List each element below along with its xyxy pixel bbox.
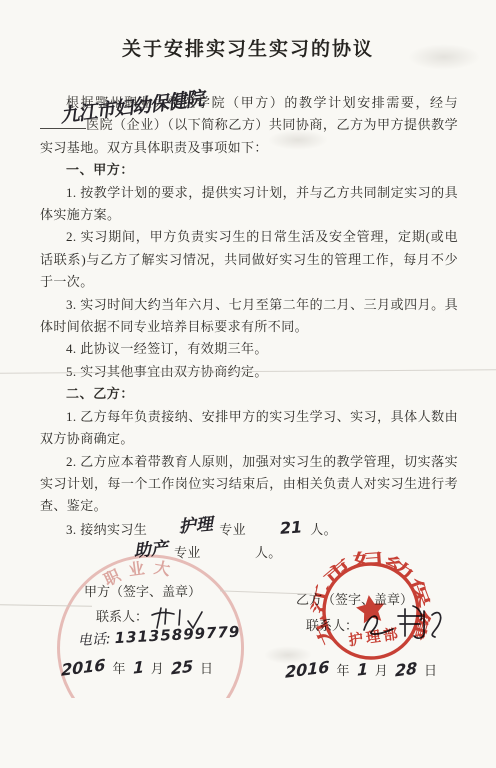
intro-paragraph: 根据鄂州职业大学医学院（甲方）的教学计划安排需要，经与九江市妇幼保健院医院（企业… [40,92,458,159]
section-a-item-3: 3. 实习时间大约当年六月、七月至第二年的二月、三月或四月。具体时间依据不同专业… [40,294,458,339]
count-1-handwritten: 21 [253,516,303,542]
section-a-heading: 一、甲方： [40,159,458,181]
section-b-item-2: 2. 乙方应本着带教育人原则，加强对实习生的教学管理，切实落实实习计划，每一个工… [40,451,458,518]
scanned-agreement-page: 关于安排实习生实习的协议 根据鄂州职业大学医学院（甲方）的教学计划安排需要，经与… [0,0,496,768]
unit-label-2: 人。 [255,545,282,560]
party-b-official-seal: 九江市妇幼保健院 护理部 [305,549,440,679]
section-a-item-2: 2. 实习期间，甲方负责实习生的日常生活及安全管理，定期(或电话联系)与乙方了解… [40,226,458,293]
intro-text-after-blank: 医院（企业）（以下简称乙方）共同协商，乙方为甲方提供教学实习基地。双方具体职责及… [40,117,458,154]
seal-dept-text: 护理部 [347,624,401,649]
party-a-faint-seal: 职业大 [40,548,250,698]
section-a-item-1: 1. 按教学计划的要求，提供实习计划，并与乙方共同制定实习的具体实施方案。 [40,182,458,227]
document-title: 关于安排实习生实习的协议 [40,34,456,61]
major-1-handwritten: 护理 [152,513,214,541]
faint-seal-arc-text: 职业大 [100,556,181,591]
svg-text:职业大: 职业大 [100,556,181,591]
hospital-name-blank: 九江市妇幼保健院 [40,116,86,129]
major-label-1: 专业 [219,522,246,537]
scan-smudge [408,44,480,70]
scan-smudge [268,130,328,150]
item3-prefix: 3. 接纳实习生 [66,522,147,537]
document-body: 根据鄂州职业大学医学院（甲方）的教学计划安排需要，经与九江市妇幼保健院医院（企业… [40,92,458,565]
seal-star-icon [355,593,387,624]
section-a-item-4: 4. 此协议一经签订，有效期三年。 [40,338,458,360]
section-b-item-1: 1. 乙方每年负责接纳、安排甲方的实习生学习、实习，具体人数由双方协商确定。 [40,406,458,451]
section-b-heading: 二、乙方： [40,383,458,405]
unit-label-1: 人。 [310,522,337,537]
section-b-item-3-line-1: 3. 接纳实习生护理专业21人。 [40,518,458,541]
scan-smudge [264,646,312,664]
